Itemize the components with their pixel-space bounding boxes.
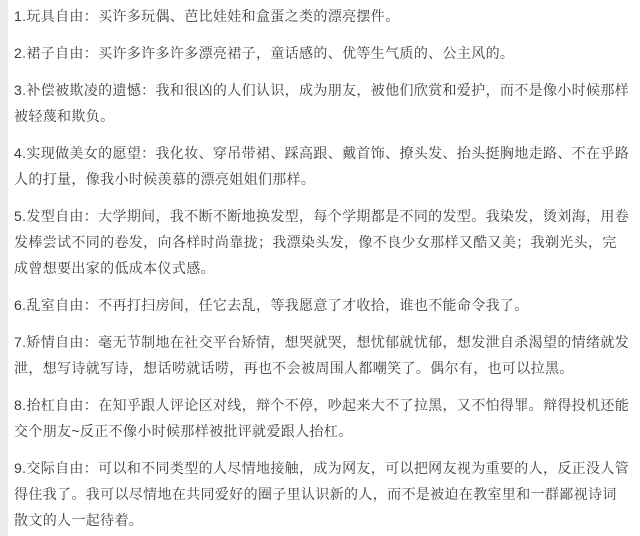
list-item-5: 5.发型自由：大学期间，我不断不断地换发型，每个学期都是不同的发型。我染发，烫刘… bbox=[14, 203, 630, 281]
list-item-3: 3.补偿被欺凌的遗憾：我和很凶的人们认识，成为朋友，被他们欣赏和爱护，而不是像小… bbox=[14, 77, 630, 129]
article-body: 1.玩具自由：买许多玩偶、芭比娃娃和盒蛋之类的漂亮摆件。 2.裙子自由：买许多许… bbox=[14, 3, 630, 536]
list-item-9: 9.交际自由：可以和不同类型的人尽情地接触，成为网友，可以把网友视为重要的人，反… bbox=[14, 455, 630, 533]
list-item-7: 7.矫情自由：毫无节制地在社交平台矫情，想哭就哭，想忧郁就忧郁，想发泄自杀渴望的… bbox=[14, 329, 630, 381]
page-left-gutter bbox=[0, 0, 8, 536]
list-item-1: 1.玩具自由：买许多玩偶、芭比娃娃和盒蛋之类的漂亮摆件。 bbox=[14, 3, 630, 29]
list-item-4: 4.实现做美女的愿望：我化妆、穿吊带裙、踩高跟、戴首饰、撩头发、抬头挺胸地走路、… bbox=[14, 140, 630, 192]
list-item-8: 8.抬杠自由：在知乎跟人评论区对线，辩个不停，吵起来大不了拉黑，又不怕得罪。辩得… bbox=[14, 392, 630, 444]
list-item-6: 6.乱室自由：不再打扫房间，任它去乱，等我愿意了才收拾，谁也不能命令我了。 bbox=[14, 292, 630, 318]
list-item-2: 2.裙子自由：买许多许多许多漂亮裙子，童话感的、优等生气质的、公主风的。 bbox=[14, 40, 630, 66]
